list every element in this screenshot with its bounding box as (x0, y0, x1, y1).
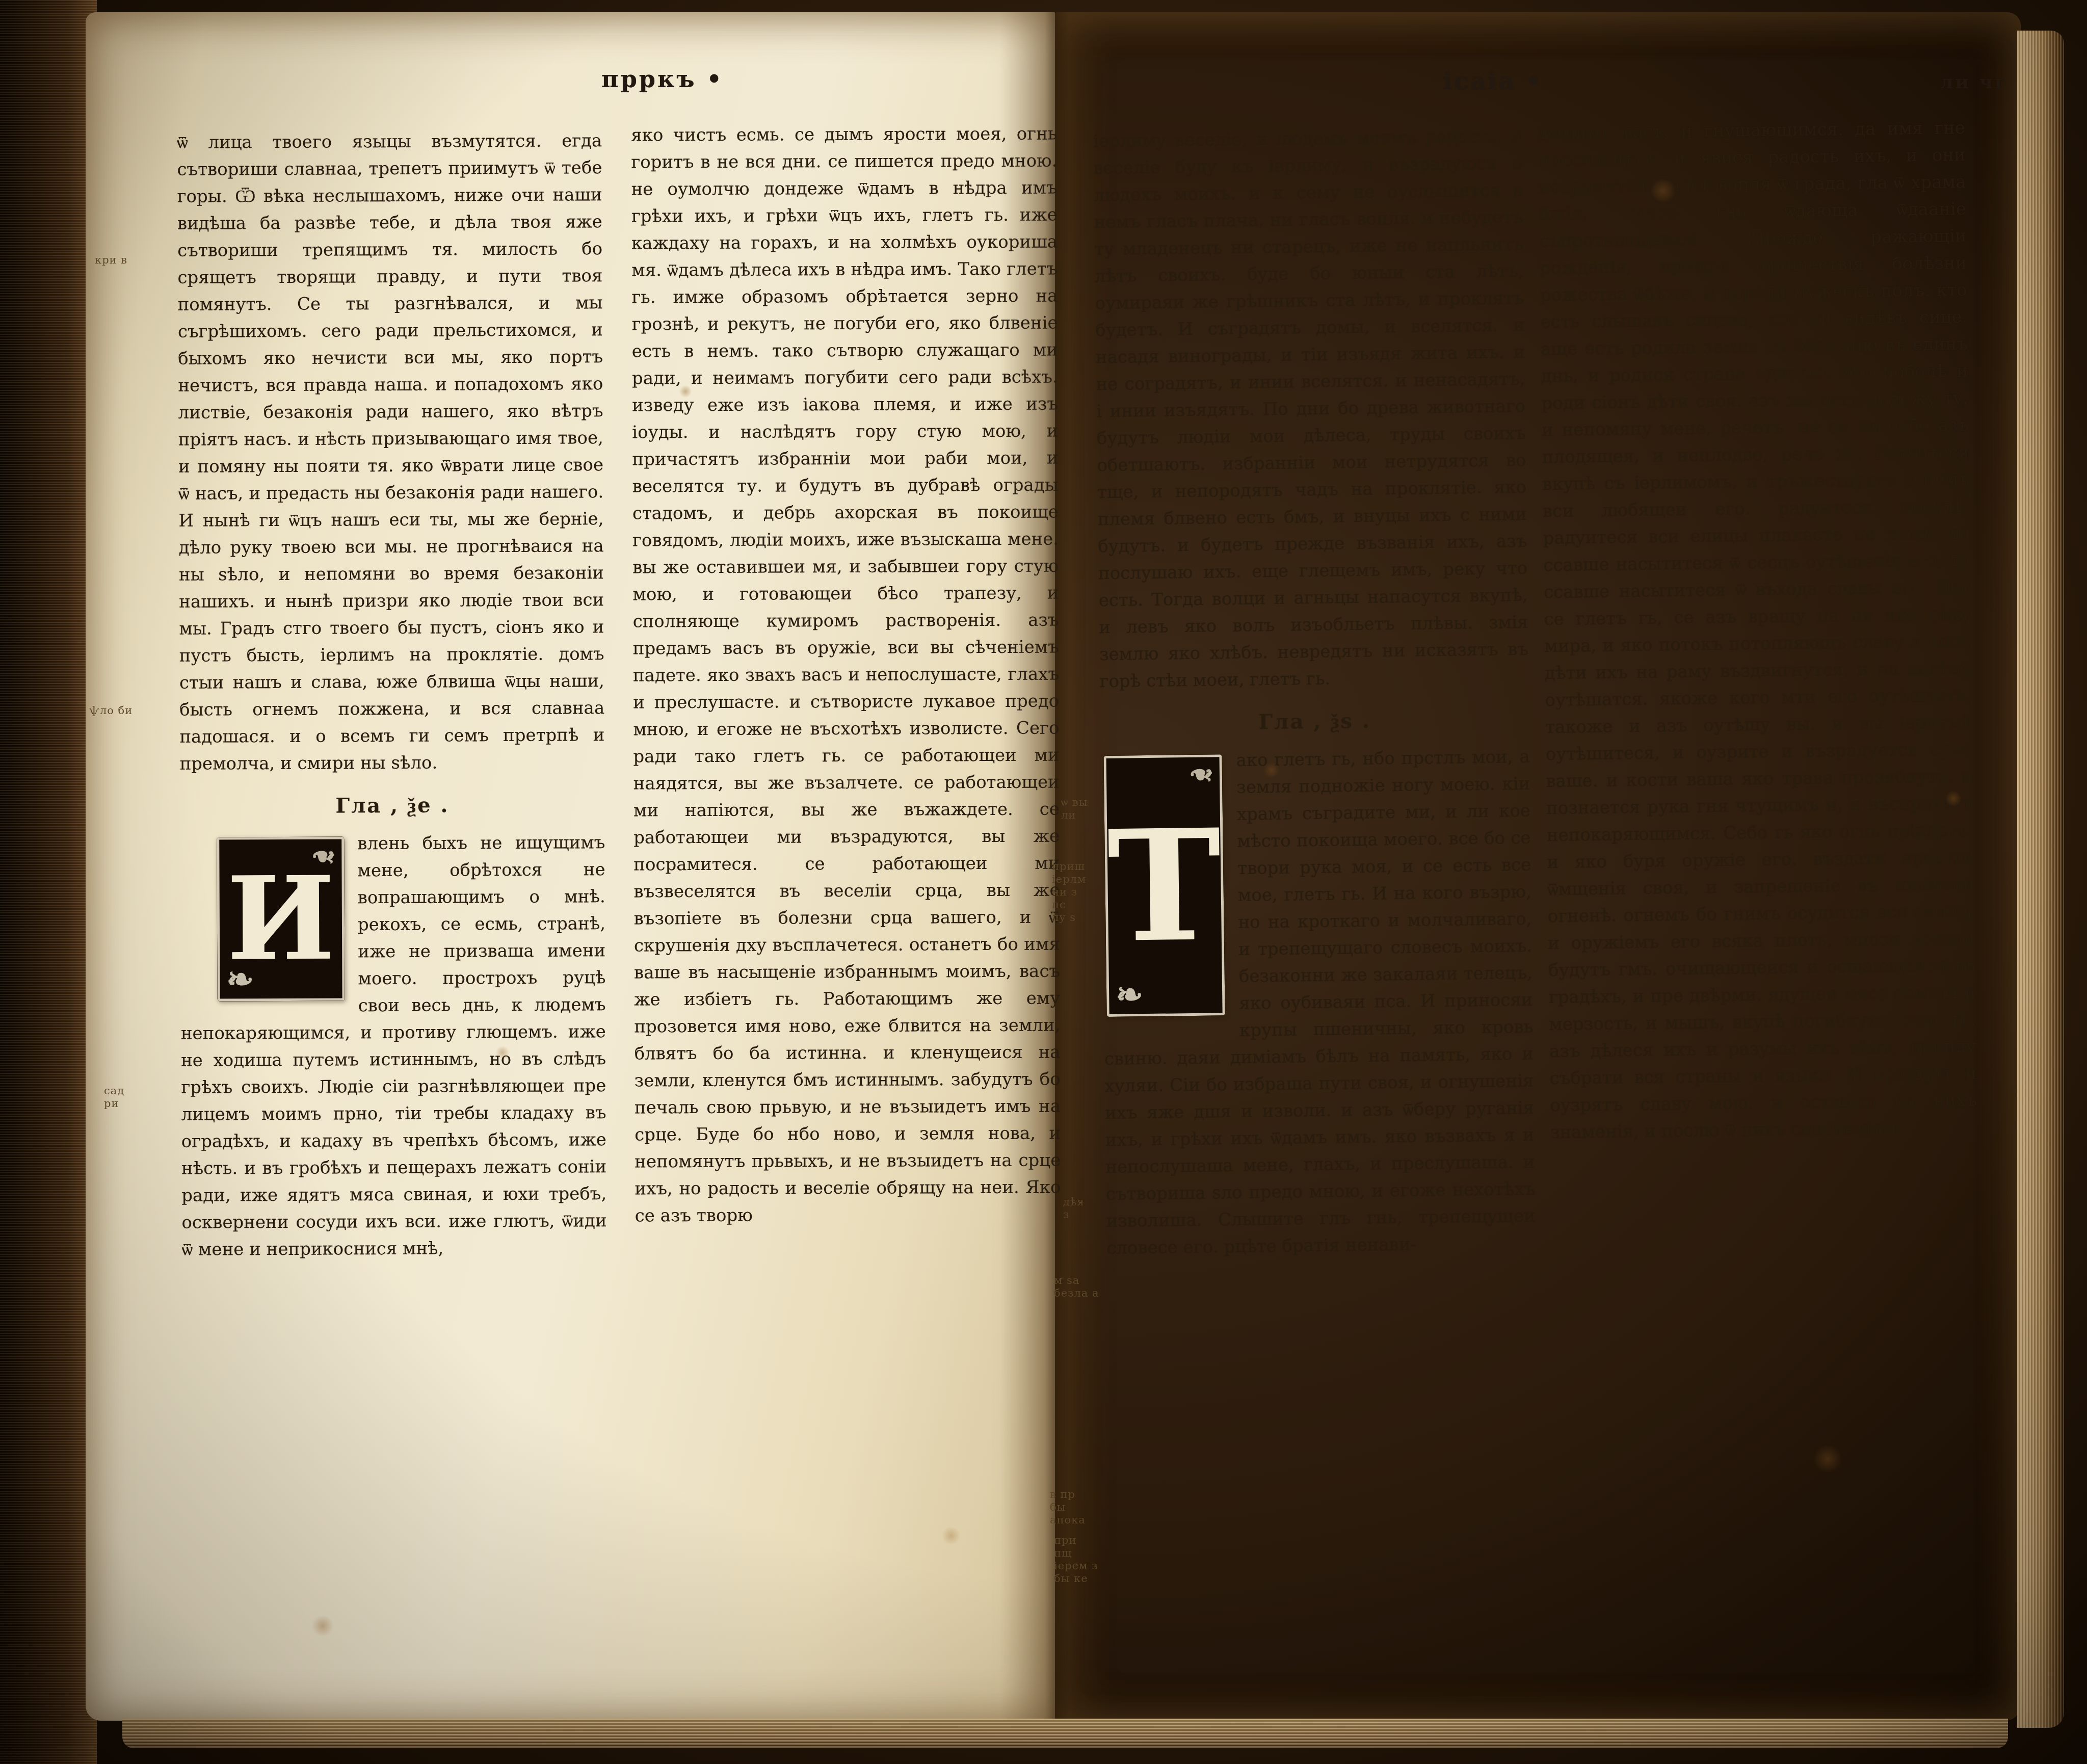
running-head-right: ісаіа • (1376, 67, 1610, 95)
running-head-left: прркъ • (530, 65, 795, 93)
open-book: прркъ • ісаіа • ли чг ѿ лица твоего языц… (0, 0, 2087, 1764)
page-edges-bottom (122, 1719, 2008, 1748)
woodcut-initial: И (217, 836, 345, 1001)
text-run: Гла , ѯѕ . (1258, 709, 1371, 734)
scripture-text-block: іерлиму веселіе, и людемъ моимъ радость.… (1093, 123, 1529, 695)
margin-gloss: ѡ вы ли (1061, 796, 1132, 822)
margin-gloss: дѣя з (1063, 1196, 1134, 1221)
scripture-text-block: дящимъ васъ, и гнушающимся. да имя гне п… (1538, 115, 1978, 1146)
book-fore-edge (0, 0, 97, 1764)
text-column-4: дящимъ васъ, и гнушающимся. да имя гне п… (1538, 115, 1978, 1147)
margin-gloss: приш іерлм ни з пс лу s (1052, 860, 1123, 924)
text-column-2: яко чистъ есмь. се дымъ ярости моея, огн… (631, 121, 1061, 1231)
text-column-1: ѿ лица твоего языцы възмутятся. егда сът… (177, 127, 607, 1265)
margin-gloss: ѱло би (90, 704, 161, 717)
margin-gloss: сад ри (104, 1085, 175, 1110)
text-run: ѿ лица твоего языцы възмутятся. егда сът… (177, 130, 604, 774)
text-run: дящимъ васъ, и гнушающимся. да имя гне п… (1538, 118, 1977, 1143)
text-run: яко чистъ есмь. се дымъ ярости моея, огн… (631, 124, 1061, 1226)
margin-gloss: м ѕа безла а (1054, 1274, 1125, 1300)
margin-gloss: в пр бы апока (1050, 1488, 1121, 1526)
chapter-heading: Гла , ѯе . (180, 791, 605, 820)
scripture-text-block: Ивлень быхъ не ищущимъ мене, обрѣтохся н… (180, 829, 607, 1263)
margin-gloss: при пщ іерем з бы ке (1054, 1534, 1125, 1585)
text-run: іерлиму веселіе, и людемъ моимъ радость.… (1093, 126, 1529, 692)
scripture-text-block: ѿ лица твоего языцы възмутятся. егда сът… (177, 127, 605, 778)
scripture-text-block: яко чистъ есмь. се дымъ ярости моея, огн… (631, 121, 1061, 1230)
text-column-3: іерлиму веселіе, и людемъ моимъ радость.… (1093, 123, 1536, 1263)
text-run: Гла , ѯе . (335, 794, 449, 818)
page-edges-right (2017, 31, 2064, 1728)
margin-gloss: кри в (95, 254, 166, 267)
scripture-text-block: Тако глетъ гь, нбо прстлъ мои, а земля п… (1100, 744, 1536, 1262)
chapter-heading: Гла , ѯѕ . (1100, 705, 1529, 738)
folio-number: ли чг (1865, 71, 2008, 93)
